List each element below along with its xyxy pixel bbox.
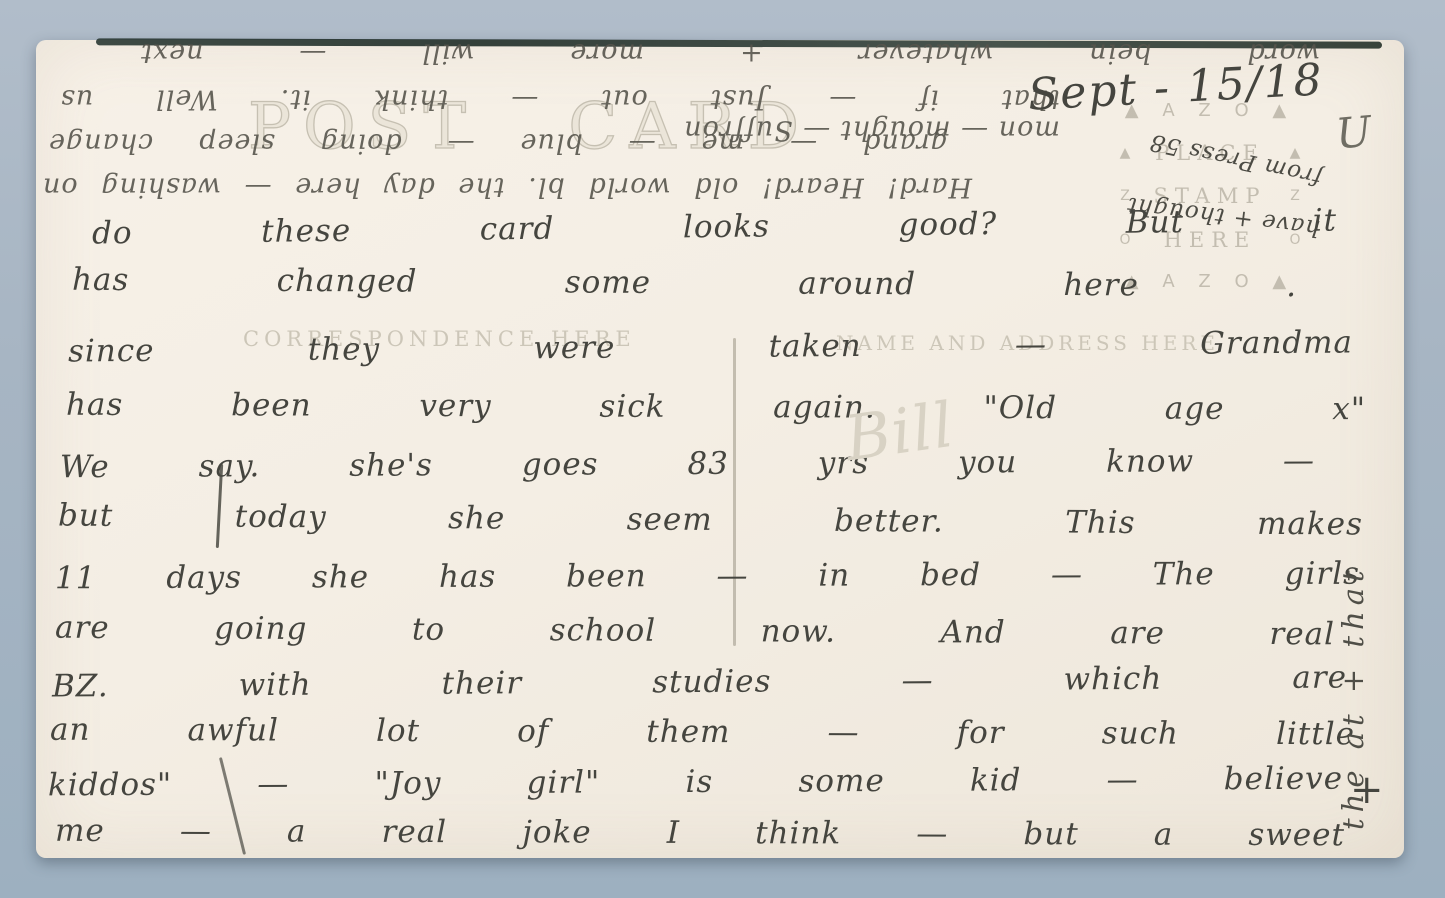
scanned-postcard-photo: POST CARD CORRESPONDENCE HERE NAME AND A… [0, 0, 1445, 898]
right-margin-note: the at + that [1338, 338, 1380, 830]
triangle-icon: ▲ [1112, 145, 1138, 161]
inverted-handwriting-line: mon — mought — Suffron [760, 115, 1060, 145]
azo-letter-icon: Z [1282, 188, 1308, 204]
message-line: has been very sick again. "Old age x" [66, 388, 1366, 427]
message-line: We say. she's goes 83 yrs you know — [60, 444, 1315, 485]
divider-line [733, 338, 736, 646]
message-line: 11 days she has been — in bed — The girl… [55, 557, 1360, 596]
message-line: kiddos" — "Joy girl" is some kid — belie… [48, 762, 1343, 803]
message-line: has changed some around here . [72, 263, 1297, 304]
inverted-handwriting-line: that if — Just out — think it. Well us [60, 84, 1060, 114]
message-line: an awful lot of them — for such little [50, 713, 1355, 752]
initial-note: U [1334, 109, 1374, 158]
message-line: me — a real joke I think — but a sweet [55, 814, 1345, 853]
message-line: are going to school now. And are real [55, 611, 1335, 652]
plus-mark: + [1350, 768, 1385, 812]
erased-ghost-text: Bill [841, 391, 958, 474]
inverted-handwriting-line: Hard! Heard! old world bl. the day here … [42, 172, 972, 202]
